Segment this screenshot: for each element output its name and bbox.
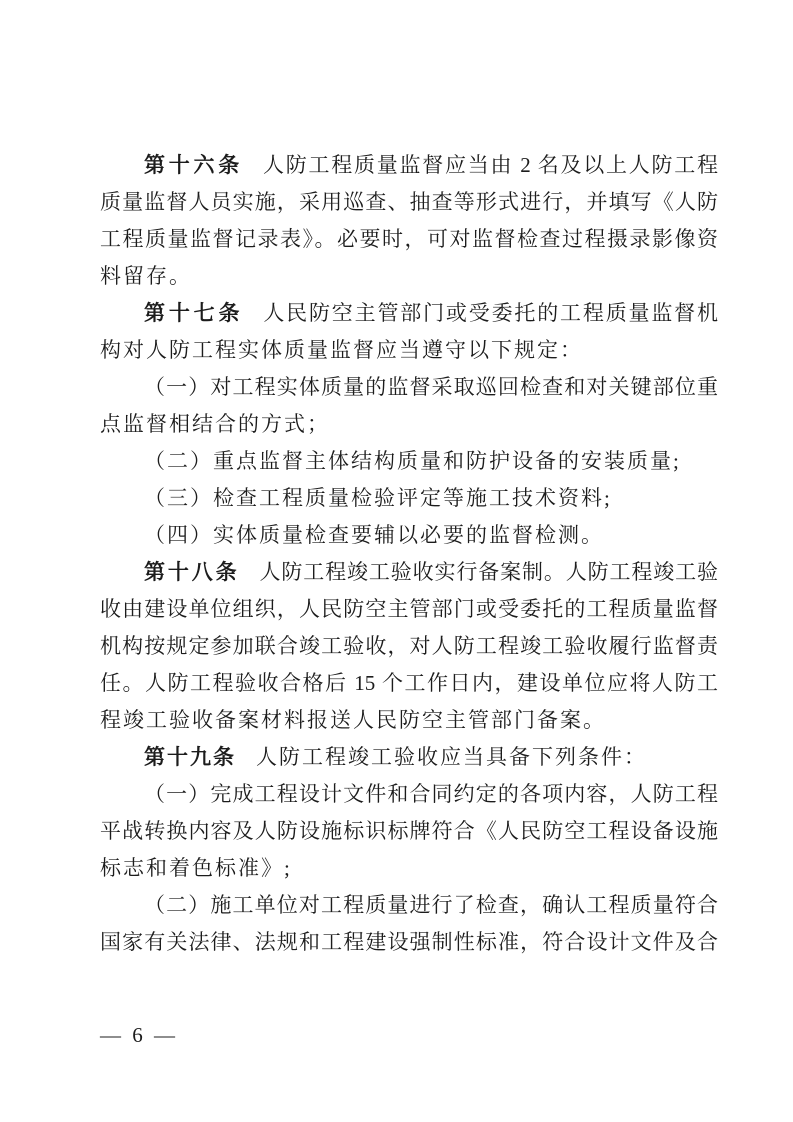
- text-line: 任。人防工程验收合格后 15 个工作日内，建设单位应将人防工: [100, 665, 718, 702]
- line-text: 程竣工验收备案材料报送人民防空主管部门备案。: [100, 708, 606, 732]
- line-text: 料留存。: [100, 264, 192, 288]
- line-text: 任。人防工程验收合格后 15 个工作日内，建设单位应将人防工: [100, 671, 718, 695]
- text-line: （三）检查工程质量检验评定等施工技术资料;: [100, 480, 718, 517]
- line-text: 构对人防工程实体质量监督应当遵守以下规定：: [100, 338, 583, 362]
- text-line: （二）重点监督主体结构质量和防护设备的安装质量;: [100, 443, 718, 480]
- line-text: 机构按规定参加联合竣工验收，对人防工程竣工验收履行监督责: [100, 634, 718, 658]
- text-line: 第十六条人防工程质量监督应当由 2 名及以上人防工程: [100, 147, 718, 184]
- line-text: 标志和着色标准》;: [100, 856, 292, 880]
- line-text: 人防工程竣工验收实行备案制。人防工程竣工验: [260, 560, 719, 584]
- text-line: 第十八条人防工程竣工验收实行备案制。人防工程竣工验: [100, 554, 718, 591]
- text-line: 质量监督人员实施，采用巡查、抽查等形式进行，并填写《人防: [100, 184, 718, 221]
- line-text: 平战转换内容及人防设施标识标牌符合《人民防空工程设备设施: [100, 819, 718, 843]
- line-text: 点监督相结合的方式；: [100, 412, 330, 436]
- line-text: 人防工程质量监督应当由 2 名及以上人防工程: [263, 153, 718, 177]
- article-number: 第十六条: [144, 154, 243, 177]
- line-text: 工程质量监督记录表》。必要时，可对监督检查过程摄录影像资: [100, 227, 718, 251]
- article-number: 第十八条: [144, 561, 240, 584]
- text-line: 标志和着色标准》;: [100, 850, 718, 887]
- line-text: 人防工程竣工验收应当具备下列条件：: [256, 745, 647, 769]
- text-line: 第十九条人防工程竣工验收应当具备下列条件：: [100, 739, 718, 776]
- text-line: 料留存。: [100, 258, 718, 295]
- line-text: 收由建设单位组织，人民防空主管部门或受委托的工程质量监督: [100, 597, 718, 621]
- text-line: （一）完成工程设计文件和合同约定的各项内容，人防工程: [100, 776, 718, 813]
- text-line: （一）对工程实体质量的监督采取巡回检查和对关键部位重: [100, 369, 718, 406]
- line-text: （二）重点监督主体结构质量和防护设备的安装质量;: [144, 449, 681, 473]
- line-text: （一）完成工程设计文件和合同约定的各项内容，人防工程: [144, 782, 718, 806]
- text-line: 第十七条人民防空主管部门或受委托的工程质量监督机: [100, 295, 718, 332]
- article-number: 第十九条: [144, 746, 236, 769]
- article-number: 第十七条: [144, 302, 243, 325]
- line-text: 国家有关法律、法规和工程建设强制性标准，符合设计文件及合: [100, 930, 718, 954]
- text-line: 工程质量监督记录表》。必要时，可对监督检查过程摄录影像资: [100, 221, 718, 258]
- line-text: （三）检查工程质量检验评定等施工技术资料;: [144, 486, 612, 510]
- line-text: （一）对工程实体质量的监督采取巡回检查和对关键部位重: [144, 375, 718, 399]
- text-line: （四）实体质量检查要辅以必要的监督检测。: [100, 517, 718, 554]
- line-text: （四）实体质量检查要辅以必要的监督检测。: [144, 523, 604, 547]
- text-line: 程竣工验收备案材料报送人民防空主管部门备案。: [100, 702, 718, 739]
- document-page: 第十六条人防工程质量监督应当由 2 名及以上人防工程 质量监督人员实施，采用巡查…: [0, 0, 793, 1122]
- page-number: — 6 —: [100, 1022, 178, 1048]
- line-text: （二）施工单位对工程质量进行了检查，确认工程质量符合: [144, 893, 718, 917]
- text-line: 点监督相结合的方式；: [100, 406, 718, 443]
- text-line: 国家有关法律、法规和工程建设强制性标准，符合设计文件及合: [100, 924, 718, 961]
- text-line: 平战转换内容及人防设施标识标牌符合《人民防空工程设备设施: [100, 813, 718, 850]
- text-line: 收由建设单位组织，人民防空主管部门或受委托的工程质量监督: [100, 591, 718, 628]
- line-text: 人民防空主管部门或受委托的工程质量监督机: [263, 301, 718, 325]
- text-line: （二）施工单位对工程质量进行了检查，确认工程质量符合: [100, 887, 718, 924]
- text-block: 第十六条人防工程质量监督应当由 2 名及以上人防工程 质量监督人员实施，采用巡查…: [100, 147, 718, 961]
- text-line: 机构按规定参加联合竣工验收，对人防工程竣工验收履行监督责: [100, 628, 718, 665]
- line-text: 质量监督人员实施，采用巡查、抽查等形式进行，并填写《人防: [100, 190, 718, 214]
- text-line: 构对人防工程实体质量监督应当遵守以下规定：: [100, 332, 718, 369]
